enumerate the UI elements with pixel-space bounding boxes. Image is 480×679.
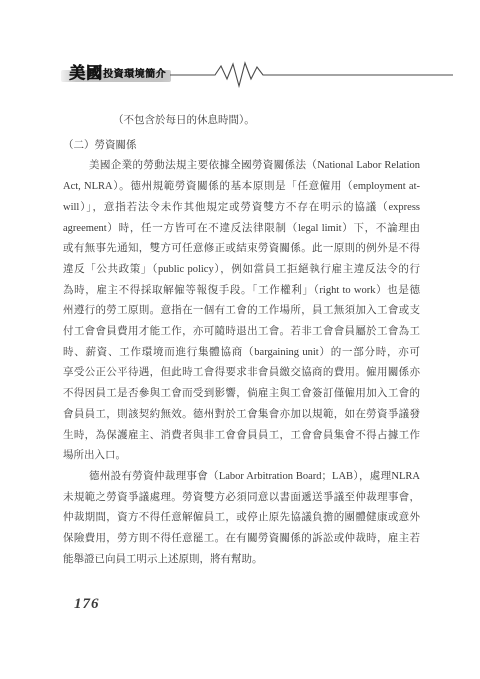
header-title: 美國投資環境簡介	[69, 58, 166, 82]
page-header: 美國投資環境簡介	[0, 58, 480, 94]
text-line: 仲裁期間，資方不得任意解僱員工，或停止原先協議負擔的團體健康或意外	[63, 508, 420, 529]
carryover-line: （不包含於每日的休息時間）。	[63, 111, 420, 132]
text-line: 保險費用，勞方則不得任意罷工。在有關勞資關係的訴訟或仲裁時，雇主若	[63, 529, 420, 550]
header-title-main: 美國	[69, 65, 103, 82]
heartbeat-line-icon	[170, 58, 456, 92]
text-line: 未規範之勞資爭議處理。勞資雙方必須同意以書面遞送爭議至仲裁理事會，	[63, 488, 420, 509]
text-line: Act, NLRA）。德州規範勞資關係的基本原則是「任意僱用（employmen…	[63, 177, 420, 198]
text-line: 德州設有勞資仲裁理事會（Labor Arbitration Board；LAB）…	[63, 467, 420, 488]
text-line: 付工會會員費用才能工作，亦可隨時退出工會。若非工會會員屬於工會為工	[63, 322, 420, 343]
paragraphs: 美國企業的勞動法規主要依據全國勞資關係法（National Labor Rela…	[63, 156, 420, 570]
text-line: 州遵行的勞工原則。意指在一個有工會的工作場所，員工無須加入工會或支	[63, 301, 420, 322]
text-line: 違反「公共政策」（public policy），例如當員工拒絕執行雇主違反法令的…	[63, 260, 420, 281]
text-line: 享受公正公平待遇，但此時工會得要求非會員繳交協商的費用。僱用關係亦	[63, 363, 420, 384]
text-line: 或有無事先通知，雙方可任意修正或結束勞資關係。此一原則的例外是不得	[63, 239, 420, 260]
page-number: 176	[74, 596, 100, 613]
document-page: 美國投資環境簡介 （不包含於每日的休息時間）。 （二）勞資關係 美國企業的勞動法…	[0, 0, 480, 679]
text-line: 美國企業的勞動法規主要依據全國勞資關係法（National Labor Rela…	[63, 156, 420, 177]
text-line: 會員員工，則該契約無效。德州對於工會集會亦加以規範，如在勞資爭議發	[63, 405, 420, 426]
text-line: agreement）時，任一方皆可在不違反法律限制（legal limit）下，…	[63, 219, 420, 240]
section-heading: （二）勞資關係	[63, 136, 420, 157]
text-line: 場所出入口。	[63, 446, 420, 467]
paragraph: 德州設有勞資仲裁理事會（Labor Arbitration Board；LAB）…	[63, 467, 420, 571]
document-body: （不包含於每日的休息時間）。 （二）勞資關係 美國企業的勞動法規主要依據全國勞資…	[63, 111, 420, 570]
paragraph: 美國企業的勞動法規主要依據全國勞資關係法（National Labor Rela…	[63, 156, 420, 467]
text-line: will）」，意指若法令未作其他規定或勞資雙方不存在明示的協議（express	[63, 198, 420, 219]
header-title-sub: 投資環境簡介	[103, 69, 166, 82]
text-line: 能舉證已向員工明示上述原則，將有幫助。	[63, 550, 420, 571]
text-line: 時、薪資、工作環境而進行集體協商（bargaining unit）的一部分時，亦…	[63, 343, 420, 364]
text-line: 為時，雇主不得採取解僱等報復手段。「工作權利」（right to work）也是…	[63, 281, 420, 302]
text-line: 不得因員工是否參與工會而受到影響，倘雇主與工會簽訂僅僱用加入工會的	[63, 384, 420, 405]
text-line: 生時，為保護雇主、消費者與非工會會員員工，工會會員集會不得占據工作	[63, 426, 420, 447]
